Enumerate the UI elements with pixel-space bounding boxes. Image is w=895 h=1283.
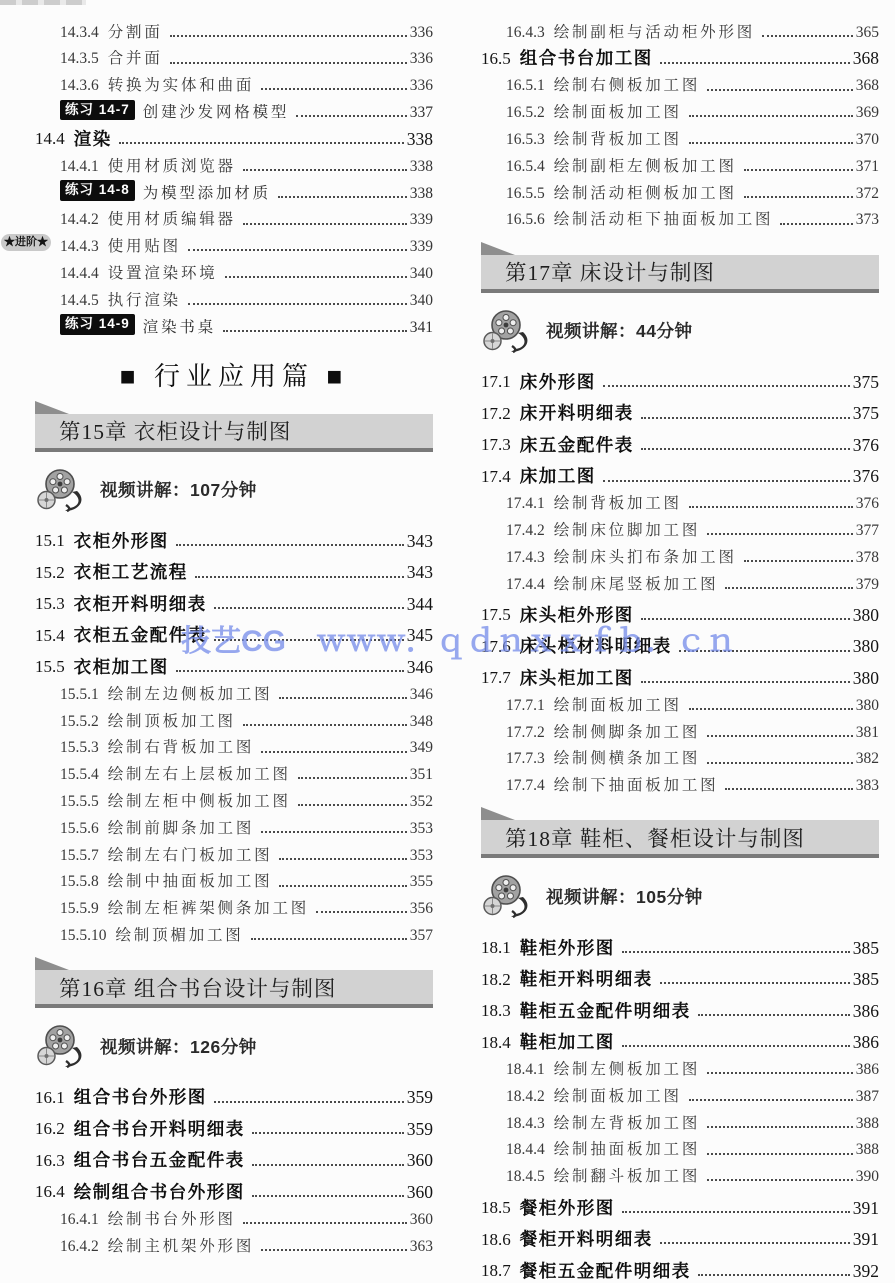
toc-entry: 18.4.4绘制抽面板加工图388 [481, 1132, 879, 1159]
entry-number: 18.4.5 [506, 1169, 545, 1185]
entry-number: 16.5.5 [506, 186, 545, 202]
entry-number: 16.5.2 [506, 105, 545, 121]
page-number: 336 [410, 25, 433, 41]
entry-number: 15.1 [35, 532, 65, 550]
toc-entry: 17.6床头柜材料明细表380 [481, 624, 879, 656]
entry-number: 18.4.1 [506, 1062, 545, 1078]
entry-title: 床加工图 [520, 467, 596, 485]
toc-entry: 18.4.5绘制翻斗板加工图390 [481, 1159, 879, 1186]
toc-entry: 14.4.5执行渲染340 [35, 282, 433, 309]
dot-leader [603, 480, 850, 482]
entry-title: 衣柜外形图 [74, 532, 169, 550]
page-number: 380 [853, 637, 879, 655]
page-number: 351 [410, 767, 433, 783]
entry-title: 组合书台开料明细表 [74, 1120, 245, 1138]
entry-title: 为模型添加材质 [143, 186, 271, 202]
toc-entry: 17.7.1绘制面板加工图380 [481, 687, 879, 714]
toc-entry: 18.3鞋柜五金配件明细表386 [481, 988, 879, 1020]
entry-title: 衣柜加工图 [74, 658, 169, 676]
dot-leader [279, 885, 406, 887]
entry-title: 绘制侧横条加工图 [554, 751, 700, 767]
dot-leader [214, 1101, 404, 1103]
page-number: 392 [853, 1262, 879, 1280]
entry-title: 绘制活动柜侧板加工图 [554, 186, 737, 202]
chapter-title: 第18章 鞋柜、餐柜设计与制图 [505, 822, 805, 853]
entry-number: 14.4.2 [60, 212, 99, 228]
toc-entry: 17.7.4绘制下抽面板加工图383 [481, 768, 879, 795]
entry-number: 16.4.3 [506, 25, 545, 41]
entry-number: 16.5.1 [506, 78, 545, 94]
toc-entry: 17.2床开料明细表375 [481, 391, 879, 423]
page-number: 385 [853, 970, 879, 988]
toc-entry: 16.4.2绘制主机架外形图363 [35, 1228, 433, 1255]
entry-title: 绘制床头扪布条加工图 [554, 550, 737, 566]
entry-title: 使用材质编辑器 [108, 212, 236, 228]
toc-entry: 15.5.8绘制中抽面板加工图355 [35, 864, 433, 891]
toc-exercise-entry: 练习 14-8为模型添加材质338 [35, 175, 433, 202]
fold-corner-decoration [35, 957, 69, 970]
page-number: 355 [410, 874, 433, 890]
dot-leader [641, 448, 850, 450]
page-number: 391 [853, 1230, 879, 1248]
dot-leader [278, 196, 407, 198]
dot-leader [188, 303, 407, 305]
entry-title: 绘制右侧板加工图 [554, 78, 700, 94]
page-number: 386 [853, 1002, 879, 1020]
toc-entry: 17.4.3绘制床头扪布条加工图378 [481, 539, 879, 566]
dot-leader [252, 1164, 404, 1166]
page-number: 380 [856, 698, 879, 714]
dot-leader [725, 788, 852, 790]
entry-title: 绘制面板加工图 [554, 698, 682, 714]
page-number: 343 [407, 532, 433, 550]
entry-title: 绘制床尾竖板加工图 [554, 577, 719, 593]
chapter-header: 第15章 衣柜设计与制图 [35, 414, 433, 452]
entry-number: 17.4.2 [506, 523, 545, 539]
toc-entry: 18.4.1绘制左侧板加工图386 [481, 1051, 879, 1078]
toc-entry: 15.2衣柜工艺流程343 [35, 550, 433, 582]
dot-leader [188, 249, 407, 251]
toc-entry: 16.2组合书台开料明细表359 [35, 1107, 433, 1139]
exercise-badge: 练习 14-7 [60, 100, 135, 121]
video-caption: 视频讲解：105分钟 [546, 884, 703, 909]
dot-leader [279, 697, 406, 699]
entry-number: 16.4.1 [60, 1212, 99, 1228]
entry-title: 绘制右背板加工图 [108, 740, 254, 756]
page-number: 383 [856, 778, 879, 794]
entry-number: 16.5.4 [506, 159, 545, 175]
page-number: 360 [407, 1151, 433, 1169]
dot-leader [252, 1195, 404, 1197]
page-number: 376 [853, 436, 879, 454]
dot-leader [679, 650, 850, 652]
entry-title: 绘制抽面板加工图 [554, 1142, 700, 1158]
video-reel-icon [481, 308, 533, 354]
video-reel-icon [481, 873, 533, 919]
toc-entry: 15.5.6绘制前脚条加工图353 [35, 810, 433, 837]
page-number: 373 [856, 212, 879, 228]
dot-leader [641, 618, 850, 620]
dot-leader [641, 681, 850, 683]
toc-exercise-entry: 练习 14-7创建沙发网格模型337 [35, 94, 433, 121]
page-number: 360 [407, 1183, 433, 1201]
page-number: 378 [856, 550, 879, 566]
dot-leader [298, 777, 407, 779]
entry-number: 17.4.1 [506, 496, 545, 512]
video-reel-icon [35, 1023, 87, 1069]
page-number: 390 [856, 1169, 879, 1185]
dot-leader [689, 1099, 853, 1101]
entry-number: 17.7.1 [506, 698, 545, 714]
page-number: 391 [853, 1199, 879, 1217]
entry-title: 绘制副柜与活动柜外形图 [554, 25, 755, 41]
entry-title: 绘制中抽面板加工图 [108, 874, 273, 890]
dot-leader [119, 142, 404, 144]
page-number: 363 [410, 1239, 433, 1255]
entry-number: 17.4.3 [506, 550, 545, 566]
page-number: 340 [410, 293, 433, 309]
dot-leader [689, 115, 853, 117]
entry-title: 床头柜材料明细表 [520, 637, 672, 655]
entry-title: 床头柜外形图 [520, 606, 634, 624]
dot-leader [689, 142, 853, 144]
dot-leader [243, 223, 407, 225]
toc-entry: 16.4.1绘制书台外形图360 [35, 1201, 433, 1228]
toc-entry: 16.5.5绘制活动柜侧板加工图372 [481, 175, 879, 202]
toc-page: 14.3.4分割面33614.3.5合并面33614.3.6转换为实体和曲面33… [0, 0, 895, 1283]
entry-title: 床五金配件表 [520, 436, 634, 454]
entry-title: 绘制左柜中侧板加工图 [108, 794, 291, 810]
entry-number: 17.6 [481, 638, 511, 656]
entry-title: 使用贴图 [108, 239, 181, 255]
entry-number: 14.4 [35, 130, 65, 148]
toc-entry: ★进阶★14.4.3使用贴图339 [35, 229, 433, 256]
chapter-header: 第18章 鞋柜、餐柜设计与制图 [481, 820, 879, 858]
dot-leader [261, 751, 407, 753]
dot-leader [762, 35, 853, 37]
entry-number: 18.3 [481, 1002, 511, 1020]
toc-entry: 18.7餐柜五金配件明细表392 [481, 1248, 879, 1280]
entry-title: 绘制左侧板加工图 [554, 1062, 700, 1078]
toc-entry: 15.5.4绘制左右上层板加工图351 [35, 757, 433, 784]
toc-column-right: 16.4.3绘制副柜与活动柜外形图36516.5组合书台加工图36816.5.1… [481, 0, 879, 1280]
page-number: 388 [856, 1116, 879, 1132]
dot-leader [660, 1242, 850, 1244]
page-number: 380 [853, 669, 879, 687]
entry-number: 17.2 [481, 405, 511, 423]
video-caption-row: 视频讲解：105分钟 [481, 873, 879, 919]
toc-entry: 14.4渲染338 [35, 121, 433, 148]
entry-number: 17.3 [481, 436, 511, 454]
dot-leader [176, 670, 404, 672]
toc-entry: 18.4鞋柜加工图386 [481, 1020, 879, 1052]
entry-title: 鞋柜五金配件明细表 [520, 1002, 691, 1020]
toc-entry: 17.1床外形图375 [481, 360, 879, 392]
video-caption-row: 视频讲解：107分钟 [35, 467, 433, 513]
entry-number: 17.1 [481, 373, 511, 391]
toc-entry: 17.4.4绘制床尾竖板加工图379 [481, 566, 879, 593]
page-number: 386 [853, 1033, 879, 1051]
entry-title: 鞋柜开料明细表 [520, 970, 653, 988]
entry-number: 14.4.1 [60, 159, 99, 175]
entry-title: 转换为实体和曲面 [108, 78, 254, 94]
entry-title: 床开料明细表 [520, 404, 634, 422]
entry-title: 绘制左背板加工图 [554, 1116, 700, 1132]
toc-entry: 16.5组合书台加工图368 [481, 41, 879, 68]
page-number: 386 [856, 1062, 879, 1078]
dot-leader [707, 1153, 853, 1155]
entry-number: 18.4.3 [506, 1116, 545, 1132]
page-number: 380 [853, 606, 879, 624]
page-number: 353 [410, 848, 433, 864]
dot-leader [780, 223, 852, 225]
toc-entry: 16.5.2绘制面板加工图369 [481, 95, 879, 122]
page-number: 346 [407, 658, 433, 676]
entry-title: 设置渲染环境 [108, 266, 218, 282]
toc-entry: 15.1衣柜外形图343 [35, 519, 433, 551]
video-caption-row: 视频讲解：126分钟 [35, 1023, 433, 1069]
page-number: 352 [410, 794, 433, 810]
page-number: 387 [856, 1089, 879, 1105]
entry-title: 餐柜五金配件明细表 [520, 1262, 691, 1280]
entry-number: 15.5.4 [60, 767, 99, 783]
entry-title: 绘制侧脚条加工图 [554, 725, 700, 741]
toc-entry: 16.5.3绘制背板加工图370 [481, 121, 879, 148]
fold-corner-decoration [481, 242, 515, 255]
video-caption: 视频讲解：107分钟 [100, 477, 257, 502]
exercise-badge: 练习 14-8 [60, 180, 135, 201]
page-number: 376 [856, 496, 879, 512]
page-number: 365 [856, 25, 879, 41]
page-number: 368 [853, 49, 879, 67]
entry-number: 17.4.4 [506, 577, 545, 593]
video-reel-icon [35, 467, 87, 513]
page-number: 359 [407, 1088, 433, 1106]
entry-number: 18.4.4 [506, 1142, 545, 1158]
page-number: 368 [856, 78, 879, 94]
entry-number: 15.5.1 [60, 687, 99, 703]
entry-number: 16.5 [481, 50, 511, 68]
entry-title: 渲染 [74, 130, 112, 148]
dot-leader [223, 330, 407, 332]
dot-leader [698, 1014, 850, 1016]
toc-entry: 16.1组合书台外形图359 [35, 1075, 433, 1107]
entry-number: 17.5 [481, 606, 511, 624]
toc-entry: 15.5.1绘制左边侧板加工图346 [35, 676, 433, 703]
entry-number: 17.7.2 [506, 725, 545, 741]
dot-leader [707, 1179, 853, 1181]
video-caption: 视频讲解：44分钟 [546, 318, 692, 343]
entry-title: 绘制床位脚加工图 [554, 523, 700, 539]
dot-leader [176, 544, 404, 546]
dot-leader [744, 169, 853, 171]
dot-leader [170, 35, 407, 37]
page-number: 345 [407, 626, 433, 644]
entry-title: 绘制背板加工图 [554, 496, 682, 512]
toc-entry: 14.4.4设置渲染环境340 [35, 255, 433, 282]
entry-number: 17.4 [481, 468, 511, 486]
dot-leader [707, 533, 853, 535]
dot-leader [225, 276, 407, 278]
page-number: 369 [856, 105, 879, 121]
toc-entry: 15.5.5绘制左柜中侧板加工图352 [35, 783, 433, 810]
toc-entry: 17.7床头柜加工图380 [481, 656, 879, 688]
toc-entry: 14.4.1使用材质浏览器338 [35, 148, 433, 175]
entry-title: 使用材质浏览器 [108, 159, 236, 175]
entry-number: 15.5.2 [60, 714, 99, 730]
dot-leader [622, 951, 850, 953]
entry-title: 衣柜工艺流程 [74, 563, 188, 581]
toc-entry: 14.3.6转换为实体和曲面336 [35, 68, 433, 95]
entry-number: 16.5.6 [506, 212, 545, 228]
page-number: 341 [410, 320, 433, 336]
page-number: 377 [856, 523, 879, 539]
page-number: 379 [856, 577, 879, 593]
exercise-badge: 练习 14-9 [60, 314, 135, 335]
entry-number: 15.5.6 [60, 821, 99, 837]
dot-leader [170, 62, 407, 64]
entry-title: 合并面 [108, 51, 163, 67]
toc-entry: 16.4.3绘制副柜与活动柜外形图365 [481, 14, 879, 41]
dot-leader [296, 115, 407, 117]
page-number: 339 [410, 239, 433, 255]
page-number: 337 [410, 105, 433, 121]
entry-number: 17.7.3 [506, 751, 545, 767]
toc-entry: 15.5.9绘制左柜裤架侧条加工图356 [35, 891, 433, 918]
toc-entry: 15.5.10绘制顶楣加工图357 [35, 917, 433, 944]
toc-entry: 17.4.2绘制床位脚加工图377 [481, 512, 879, 539]
entry-title: 组合书台外形图 [74, 1088, 207, 1106]
dot-leader [252, 1132, 404, 1134]
page-number: 338 [410, 186, 433, 202]
dot-leader [261, 1249, 407, 1251]
page-number: 381 [856, 725, 879, 741]
entry-number: 16.2 [35, 1120, 65, 1138]
page-number: 346 [410, 687, 433, 703]
toc-entry: 15.4衣柜五金配件表345 [35, 613, 433, 645]
entry-title: 绘制顶板加工图 [108, 714, 236, 730]
fold-corner-decoration [35, 401, 69, 414]
page-number: 371 [856, 159, 879, 175]
dot-leader [622, 1045, 850, 1047]
entry-number: 14.3.5 [60, 51, 99, 67]
toc-entry: 14.3.4分割面336 [35, 14, 433, 41]
entry-title: 绘制主机架外形图 [108, 1239, 254, 1255]
dot-leader [707, 1126, 853, 1128]
dot-leader [243, 724, 407, 726]
toc-entry: 15.5.3绘制右背板加工图349 [35, 730, 433, 757]
page-number: 357 [410, 928, 433, 944]
page-number: 343 [407, 563, 433, 581]
toc-entry: 16.3组合书台五金配件表360 [35, 1138, 433, 1170]
entry-title: 绘制左边侧板加工图 [108, 687, 273, 703]
entry-title: 衣柜五金配件表 [74, 626, 207, 644]
entry-number: 18.4 [481, 1034, 511, 1052]
entry-title: 餐柜外形图 [520, 1199, 615, 1217]
entry-title: 创建沙发网格模型 [143, 105, 289, 121]
entry-number: 18.4.2 [506, 1089, 545, 1105]
toc-exercise-entry: 练习 14-9渲染书桌341 [35, 309, 433, 336]
dot-leader [603, 385, 850, 387]
entry-number: 15.5 [35, 658, 65, 676]
dot-leader [707, 735, 853, 737]
entry-title: 组合书台加工图 [520, 49, 653, 67]
page-number: 338 [410, 159, 433, 175]
page-number: 340 [410, 266, 433, 282]
toc-entry: 15.5.2绘制顶板加工图348 [35, 703, 433, 730]
toc-entry: 16.4绘制组合书台外形图360 [35, 1170, 433, 1202]
page-number: 338 [407, 130, 433, 148]
entry-number: 15.4 [35, 627, 65, 645]
entry-number: 15.5.5 [60, 794, 99, 810]
entry-title: 绘制下抽面板加工图 [554, 778, 719, 794]
page-number: 336 [410, 51, 433, 67]
chapter-title: 第15章 衣柜设计与制图 [59, 415, 291, 446]
toc-entry: 18.1鞋柜外形图385 [481, 925, 879, 957]
page-number: 376 [853, 467, 879, 485]
toc-entry: 17.5床头柜外形图380 [481, 593, 879, 625]
page-number: 339 [410, 212, 433, 228]
entry-number: 14.3.6 [60, 78, 99, 94]
entry-number: 14.3.4 [60, 25, 99, 41]
entry-title: 绘制面板加工图 [554, 1089, 682, 1105]
dot-leader [660, 982, 850, 984]
entry-number: 16.3 [35, 1152, 65, 1170]
entry-title: 床外形图 [520, 373, 596, 391]
toc-entry: 15.5.7绘制左右门板加工图353 [35, 837, 433, 864]
toc-entry: 17.7.2绘制侧脚条加工图381 [481, 714, 879, 741]
entry-number: 18.5 [481, 1199, 511, 1217]
dot-leader [214, 639, 404, 641]
page-number: 370 [856, 132, 879, 148]
toc-entry: 18.6餐柜开料明细表391 [481, 1217, 879, 1249]
dot-leader [214, 607, 404, 609]
dot-leader [707, 89, 853, 91]
entry-title: 绘制左右上层板加工图 [108, 767, 291, 783]
video-caption: 视频讲解：126分钟 [100, 1034, 257, 1059]
toc-column-left: 14.3.4分割面33614.3.5合并面33614.3.6转换为实体和曲面33… [35, 0, 433, 1255]
entry-title: 绘制活动柜下抽面板加工图 [554, 212, 774, 228]
entry-number: 18.6 [481, 1231, 511, 1249]
toc-entry: 14.4.2使用材质编辑器339 [35, 202, 433, 229]
entry-title: 执行渲染 [108, 293, 181, 309]
dot-leader [698, 1274, 850, 1276]
page-number: 375 [853, 404, 879, 422]
entry-title: 绘制书台外形图 [108, 1212, 236, 1228]
dot-leader [660, 62, 850, 64]
entry-number: 15.2 [35, 564, 65, 582]
entry-title: 鞋柜加工图 [520, 1033, 615, 1051]
dot-leader [251, 938, 407, 940]
entry-number: 16.4 [35, 1183, 65, 1201]
entry-number: 16.1 [35, 1089, 65, 1107]
page-number: 375 [853, 373, 879, 391]
entry-number: 14.4.3 [60, 239, 99, 255]
entry-number: 18.7 [481, 1262, 511, 1280]
video-caption-row: 视频讲解：44分钟 [481, 308, 879, 354]
fold-corner-decoration [481, 807, 515, 820]
dot-leader [298, 804, 407, 806]
toc-entry: 16.5.1绘制右侧板加工图368 [481, 68, 879, 95]
entry-title: 绘制背板加工图 [554, 132, 682, 148]
entry-title: 绘制组合书台外形图 [74, 1183, 245, 1201]
part-heading: ■ 行业应用篇 ■ [35, 356, 433, 398]
page-number: 385 [853, 939, 879, 957]
dot-leader [641, 417, 850, 419]
entry-number: 15.5.3 [60, 740, 99, 756]
entry-number: 14.4.4 [60, 266, 99, 282]
entry-number: 17.7.4 [506, 778, 545, 794]
